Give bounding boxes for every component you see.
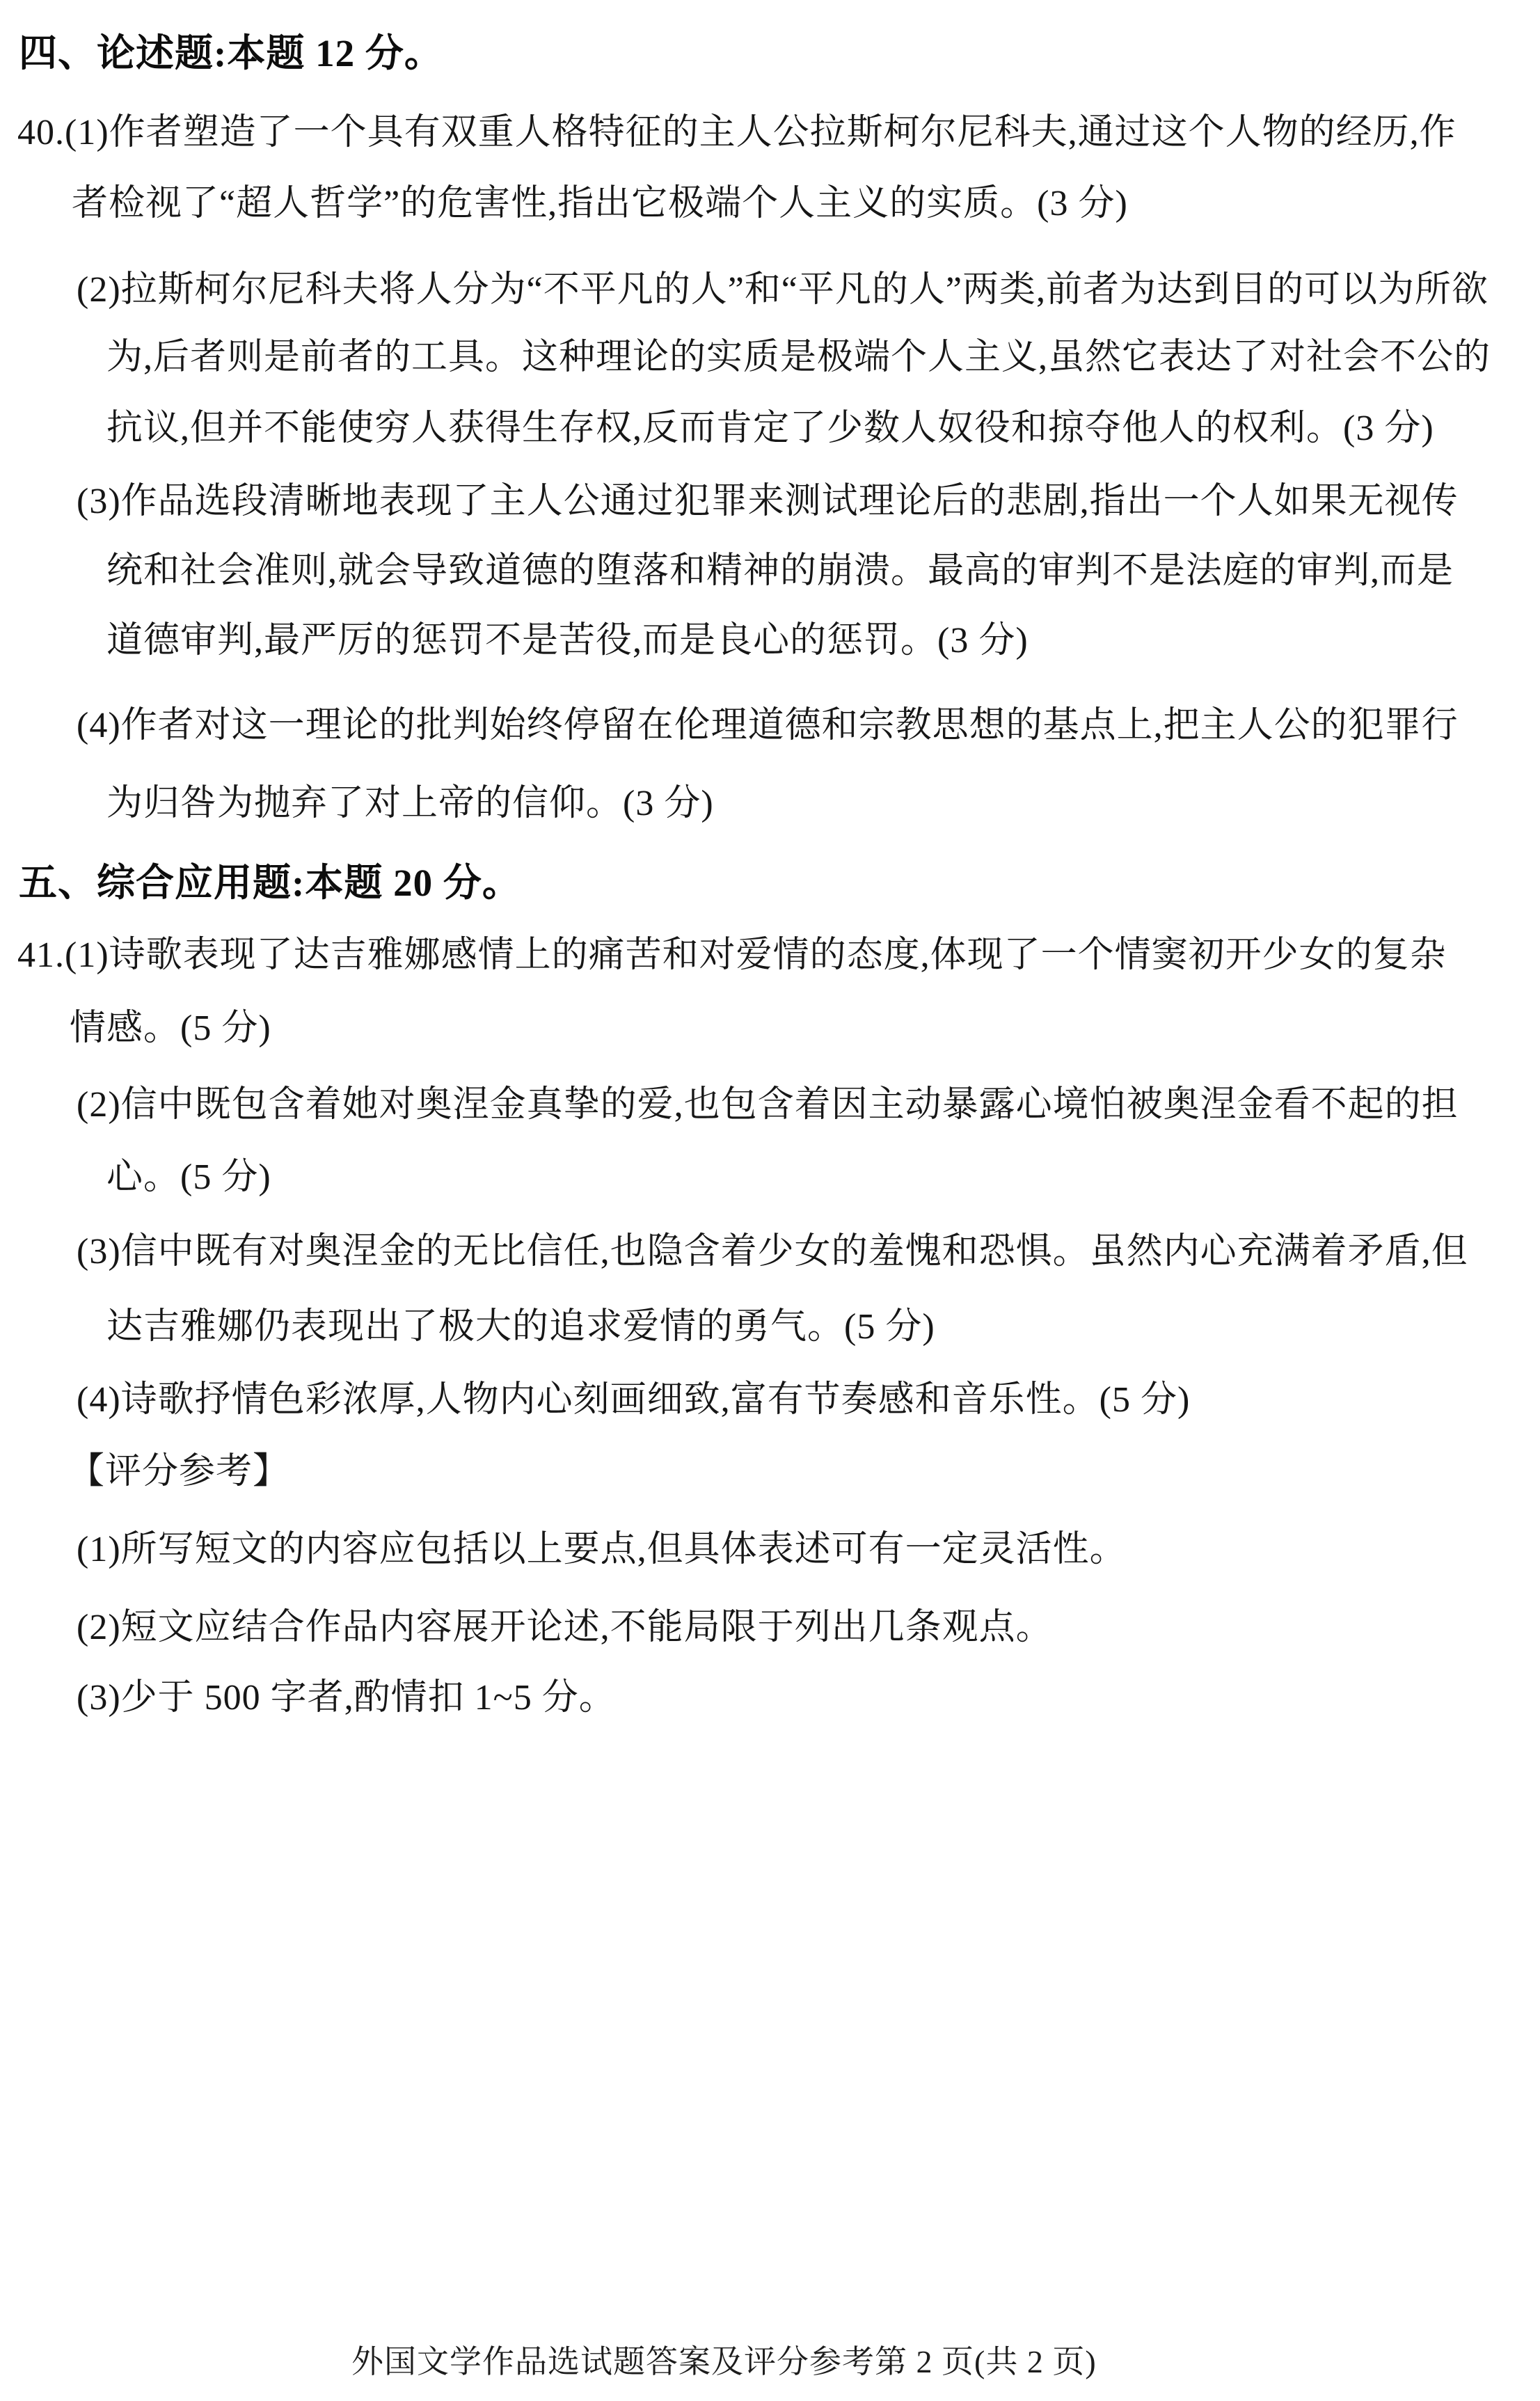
answer-40-item3-line1: (3)作品选段清晰地表现了主人公通过犯罪来测试理论后的悲剧,指出一个人如果无视传 <box>77 480 1459 523</box>
answer-41-item2-line1: (2)信中既包含着她对奥涅金真挚的爱,也包含着因主动暴露心境怕被奥涅金看不起的担 <box>77 1084 1459 1127</box>
answer-40-item4-line1: (4)作者对这一理论的批判始终停留在伦理道德和宗教思想的基点上,把主人公的犯罪行 <box>77 704 1459 747</box>
section-4-heading: 四、论述题:本题 12 分。 <box>19 32 443 75</box>
answer-40-item3-line3: 道德审判,最严厉的惩罚不是苦役,而是良心的惩罚。(3 分) <box>106 619 1029 663</box>
answer-40-item1-line1: 40.(1)作者塑造了一个具有双重人格特征的主人公拉斯柯尔尼科夫,通过这个人物的… <box>17 111 1456 154</box>
answer-41-item4-line1: (4)诗歌抒情色彩浓厚,人物内心刻画细致,富有节奏感和音乐性。(5 分) <box>77 1379 1190 1422</box>
answer-41-item2-line2: 心。(5 分) <box>106 1156 271 1199</box>
answer-40-item4-line2: 为归咎为抛弃了对上帝的信仰。(3 分) <box>106 782 714 825</box>
answer-40-item2-line2: 为,后者则是前者的工具。这种理论的实质是极端个人主义,虽然它表达了对社会不公的 <box>106 336 1491 379</box>
answer-41-item3-line1: (3)信中既有对奥涅金的无比信任,也隐含着少女的羞愧和恐惧。虽然内心充满着矛盾,… <box>77 1230 1468 1274</box>
answer-40-item2-line1: (2)拉斯柯尔尼科夫将人分为“不平凡的人”和“平凡的人”两类,前者为达到目的可以… <box>77 269 1489 312</box>
exam-answer-document-page: 四、论述题:本题 12 分。 40.(1)作者塑造了一个具有双重人格特征的主人公… <box>0 0 1540 2401</box>
answer-41-item1-line2: 情感。(5 分) <box>70 1007 271 1050</box>
answer-41-item3-line2: 达吉雅娜仍表现出了极大的追求爱情的勇气。(5 分) <box>106 1306 935 1349</box>
section-5-heading: 五、综合应用题:本题 20 分。 <box>19 862 521 905</box>
answer-40-item3-line2: 统和社会准则,就会导致道德的堕落和精神的崩溃。最高的审判不是法庭的审判,而是 <box>106 550 1454 593</box>
scoring-reference-heading: 【评分参考】 <box>68 1450 289 1493</box>
answer-41-item1-line1: 41.(1)诗歌表现了达吉雅娜感情上的痛苦和对爱情的态度,体现了一个情窦初开少女… <box>17 934 1447 977</box>
scoring-reference-item2: (2)短文应结合作品内容展开论述,不能局限于列出几条观点。 <box>77 1606 1053 1649</box>
scoring-reference-item1: (1)所写短文的内容应包括以上要点,但具体表述可有一定灵活性。 <box>77 1528 1127 1571</box>
scoring-reference-item3: (3)少于 500 字者,酌情扣 1~5 分。 <box>77 1677 616 1720</box>
answer-40-item1-line2: 者检视了“超人哲学”的危害性,指出它极端个人主义的实质。(3 分) <box>72 182 1128 225</box>
answer-40-item2-line3: 抗议,但并不能使穷人获得生存权,反而肯定了少数人奴役和掠夺他人的权利。(3 分) <box>106 407 1434 450</box>
page-footer: 外国文学作品选试题答案及评分参考第 2 页(共 2 页) <box>351 2340 1097 2384</box>
